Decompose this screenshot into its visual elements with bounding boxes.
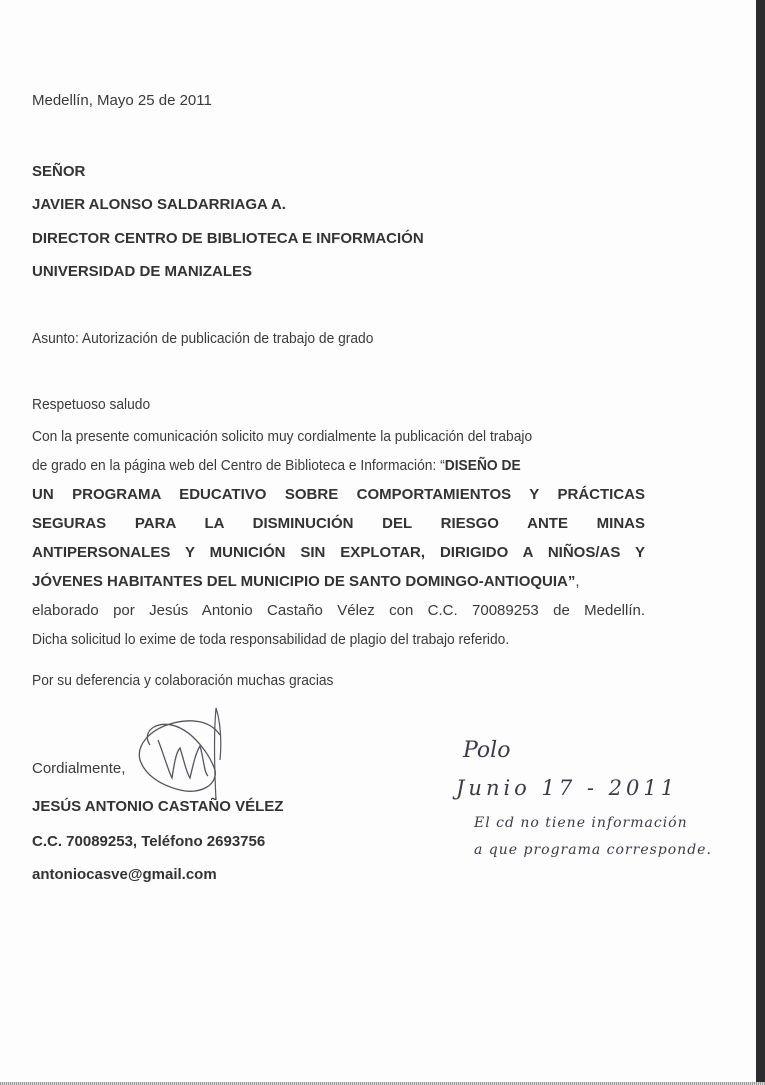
body-line-2: de grado en la página web del Centro de … [32, 455, 645, 484]
body-line-6-plain: , [575, 573, 579, 590]
body-line-6: JÓVENES HABITANTES DEL MUNICIPIO DE SANT… [32, 571, 645, 600]
thesis-title-line-3: UN PROGRAMA EDUCATIVO SOBRE COMPORTAMIEN… [32, 484, 645, 513]
body-line-8: Dicha solicitud lo exime de toda respons… [32, 629, 645, 658]
closing: Cordialmente, [32, 760, 125, 777]
thesis-title-line-5: ANTIPERSONALES Y MUNICIÓN SIN EXPLOTAR, … [32, 542, 645, 571]
subject-line: Asunto: Autorización de publicación de t… [32, 330, 403, 347]
handwritten-note-date: Junio 17 - 2011 [456, 776, 678, 800]
sender-id-phone: C.C. 70089253, Teléfono 2693756 [32, 833, 265, 850]
recipient-institution: UNIVERSIDAD DE MANIZALES [32, 263, 252, 280]
greeting-text: Respetuoso saludo [32, 396, 150, 413]
body-line-7: elaborado por Jesús Antonio Castaño Véle… [32, 600, 645, 629]
greeting: Respetuoso saludo [32, 396, 160, 413]
body-line-1: Con la presente comunicación solicito mu… [32, 426, 645, 455]
handwritten-signature-icon [130, 700, 240, 800]
sender-email: antoniocasve@gmail.com [32, 866, 217, 883]
handwritten-note-line-3: El cd no tiene información [474, 815, 688, 831]
scan-edge-right [756, 0, 765, 1085]
body-line-8-text: Dicha solicitud lo exime de toda respons… [32, 629, 509, 651]
thesis-title-end: JÓVENES HABITANTES DEL MUNICIPIO DE SANT… [32, 573, 575, 590]
thesis-title-start: DISEÑO DE [445, 457, 521, 474]
thanks-line: Por su deferencia y colaboración muchas … [32, 672, 360, 689]
recipient-salutation: SEÑOR [32, 163, 85, 180]
recipient-position: DIRECTOR CENTRO DE BIBLIOTECA E INFORMAC… [32, 230, 424, 247]
place-date: Medellín, Mayo 25 de 2011 [32, 92, 212, 109]
body-line-2-text: de grado en la página web del Centro de … [32, 455, 521, 477]
thanks-text: Por su deferencia y colaboración muchas … [32, 672, 333, 689]
letter-page: Medellín, Mayo 25 de 2011 SEÑOR JAVIER A… [0, 0, 756, 1083]
handwritten-note-name: Polo [463, 738, 510, 763]
body-line-1-text: Con la presente comunicación solicito mu… [32, 426, 532, 448]
handwritten-note-line-4: a que programa corresponde. [474, 842, 712, 858]
subject-text: Asunto: Autorización de publicación de t… [32, 330, 373, 347]
recipient-name: JAVIER ALONSO SALDARRIAGA A. [32, 196, 286, 213]
thesis-title-line-4: SEGURAS PARA LA DISMINUCIÓN DEL RIESGO A… [32, 513, 645, 542]
body-paragraph: Con la presente comunicación solicito mu… [32, 426, 645, 658]
body-line-2-plain: de grado en la página web del Centro de … [32, 457, 445, 474]
sender-name: JESÚS ANTONIO CASTAÑO VÉLEZ [32, 798, 283, 815]
